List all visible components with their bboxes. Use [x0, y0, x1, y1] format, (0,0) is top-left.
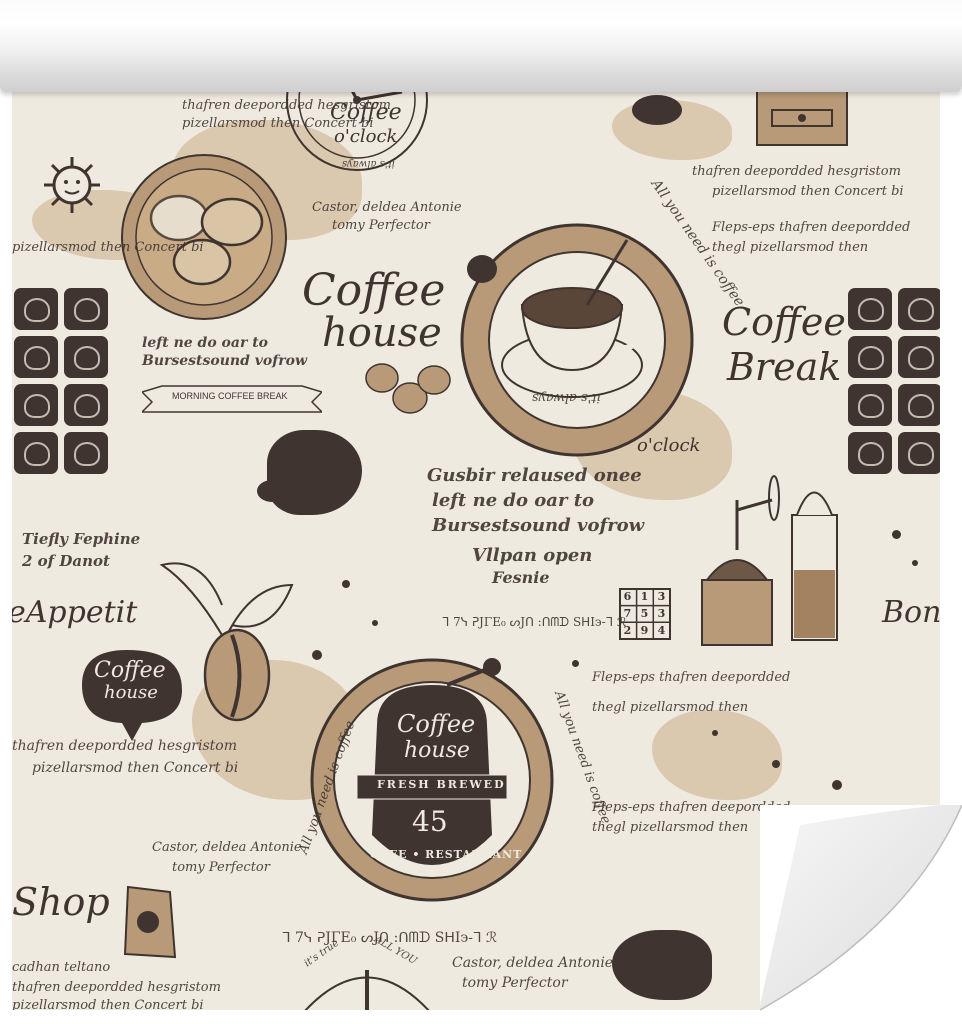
handwriting-line: Castor, deldea Antonie — [452, 955, 613, 971]
handwriting-line: thafren deepordded hesgristom — [182, 98, 391, 113]
ink-dot — [372, 620, 378, 626]
magic-square-cell: 3 — [653, 605, 670, 622]
handwriting-line: pizellarsmod then Concert bi — [12, 240, 204, 255]
handwriting-line: Castor, deldea Antonie — [152, 840, 302, 855]
handwriting-line: left ne do oar to — [432, 490, 594, 511]
handwriting-line: Gusbir relaused onee — [427, 465, 642, 486]
coffee-break-line2: Break — [727, 345, 841, 389]
grinder-top-icon — [752, 90, 852, 150]
handwriting-line: Fleps-eps thafren deepordded — [592, 670, 790, 685]
page-curl-corner — [760, 805, 962, 1024]
handwriting-line: pizellarsmod then Concert bi — [12, 998, 204, 1010]
magic-square-cell: 6 — [619, 588, 636, 605]
tile-pot-icon — [64, 288, 108, 330]
tile-grinder-icon — [14, 288, 58, 330]
grinder-and-press-icon — [692, 470, 862, 650]
handwriting-line: 2 of Danot — [22, 552, 110, 570]
handwriting-line: Fleps-eps thafren deepordded — [712, 220, 910, 235]
magic-square-numbers: 6 1 3 7 5 3 2 9 4 — [619, 588, 671, 639]
handwriting-line: cadhan teltano — [12, 960, 110, 975]
cafe-number: 45 — [412, 805, 448, 838]
tile-plant-icon — [14, 384, 58, 426]
tile-pot-icon — [898, 288, 940, 330]
magic-square-cell: 4 — [653, 622, 670, 639]
ink-dot — [912, 560, 918, 566]
handwriting-line: pizellarsmod then Concert bi — [182, 116, 374, 131]
ink-dot — [342, 580, 350, 588]
coffee-house-script-line2: house — [322, 310, 442, 356]
cafe-arc-text: CAFE • RESTAURANT — [370, 848, 522, 861]
clock-ring-bottom: it's always — [342, 158, 395, 169]
handwriting-line: Bursestsound vofrow — [142, 353, 307, 369]
magic-square-cell: 5 — [636, 605, 653, 622]
cafe-title-line1: Coffee — [397, 710, 475, 738]
ink-splat — [612, 930, 712, 1000]
cafe-ribbon: FRESH BREWED — [377, 778, 506, 791]
tile-cup-icon — [848, 384, 892, 426]
tan-splash — [652, 710, 782, 800]
ink-dot — [772, 760, 780, 768]
wallpaper-roll-top — [0, 0, 962, 92]
tile-mug-icon — [64, 432, 108, 474]
tile-barista-icon — [898, 384, 940, 426]
ink-splat — [632, 95, 682, 125]
cup-ring-bottom: it's always — [532, 390, 601, 405]
sun-icon — [42, 155, 102, 215]
handwriting-line: left ne do oar to — [142, 335, 268, 351]
morning-banner-label: MORNING COFFEE BREAK — [172, 391, 288, 401]
tile-machine-icon — [898, 336, 940, 378]
handwriting-line: pizellarsmod then Concert bi — [32, 760, 238, 776]
glyph-row: ᒣ 7ᓭ ᕈJΓE₀ ᔕJᑎ :ᑎᗰᗪ SᕼI϶‑ᒣ ℛ — [282, 930, 497, 946]
tile-beans-icon — [848, 336, 892, 378]
handwriting-line: tomy Perfector — [462, 975, 568, 991]
handwriting-line: tomy Perfector — [332, 218, 430, 233]
handwriting-line: tomy Perfector — [172, 860, 270, 875]
handwriting-line: thegl pizellarsmod then — [712, 240, 868, 255]
tile-kettle-icon — [848, 432, 892, 474]
ink-dot — [312, 650, 322, 660]
handwriting-line: thegl pizellarsmod then — [592, 700, 748, 715]
ink-dot — [712, 730, 718, 736]
badge-line1: Coffee — [94, 658, 166, 683]
cafe-title-line2: house — [404, 738, 470, 763]
magic-square-cell: 3 — [653, 588, 670, 605]
handwriting-line: thafren deepordded hesgristom — [12, 980, 221, 995]
coffee-beans-cluster-icon — [362, 358, 452, 428]
shop-script: Shop — [12, 880, 110, 924]
handwriting-line: Fesnie — [492, 568, 550, 587]
coffee-bag-icon — [120, 882, 180, 962]
tile-jar-icon — [898, 432, 940, 474]
magic-square-cell: 1 — [636, 588, 653, 605]
coffee-house-script-line1: Coffee — [302, 265, 445, 316]
handwriting-line: Bursestsound vofrow — [432, 515, 644, 536]
coffee-cup-emblem-icon — [457, 220, 697, 460]
handwriting-line: Vllpan open — [472, 545, 592, 566]
badge-line2: house — [104, 682, 158, 703]
handwriting-line: thafren deepordded hesgristom — [12, 738, 237, 754]
tile-beans-icon — [14, 336, 58, 378]
tile-grinder-icon — [848, 288, 892, 330]
tile-teapot-icon — [64, 336, 108, 378]
handwriting-line: pizellarsmod then Concert bi — [712, 184, 904, 199]
handwriting-line: thegl pizellarsmod then — [592, 820, 748, 835]
handwriting-line: Castor, deldea Antonie — [312, 200, 462, 215]
coffee-icon-tiles-right — [848, 288, 940, 474]
magic-square-cell: 9 — [636, 622, 653, 639]
ink-splat — [267, 430, 362, 515]
handwriting-line: thafren deepordded hesgristom — [692, 164, 901, 179]
ink-splat — [467, 255, 497, 283]
ink-dot — [892, 530, 901, 539]
ink-splat — [257, 480, 287, 502]
cup-caption: o'clock — [637, 435, 700, 456]
tile-leaf-icon — [64, 384, 108, 426]
tile-cups-icon — [14, 432, 58, 474]
bon-appetit-right: Bon — [882, 595, 940, 630]
bon-appetit-left: eAppetit — [12, 595, 137, 630]
glyph-row: ᒣ 7ᓭ ᕈJΓE₀ ᔕJᑎ :ᑎᗰᗪ SᕼI϶‑ᒣ ℛ — [442, 615, 626, 630]
ink-dot — [832, 780, 842, 790]
coffee-icon-tiles-left — [14, 288, 108, 474]
handwriting-line: Tiefly Fephine — [22, 530, 140, 548]
ink-dot — [572, 660, 579, 667]
coffee-break-line1: Coffee — [722, 300, 846, 344]
coffee-beans-emblem-icon — [117, 150, 292, 325]
